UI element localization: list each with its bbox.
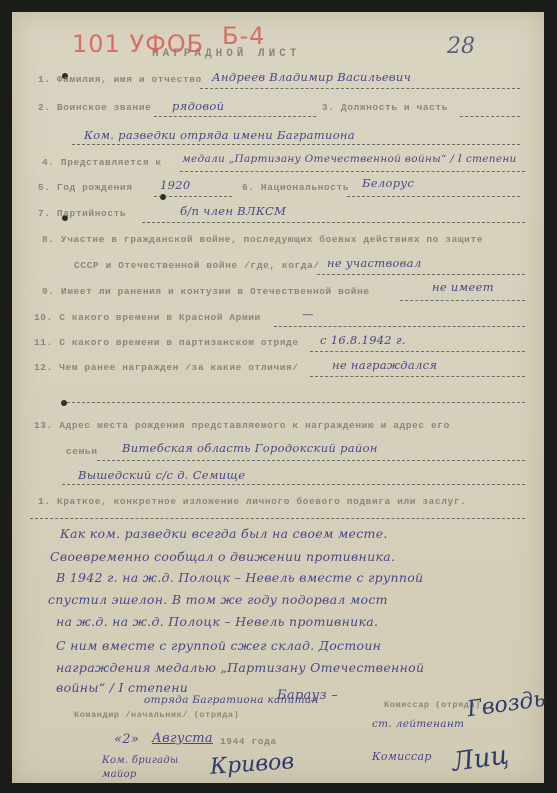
underline	[30, 518, 525, 519]
brigade-commander-role: Ком. бригады майор	[102, 754, 192, 782]
field-13-value-line1: Витебская область Городокский район	[122, 441, 378, 455]
field-9-label: 9. Имеет ли ранения и контузии в Отечест…	[42, 286, 370, 297]
field-7-label: 7. Партийность	[38, 208, 126, 219]
field-10-label: 10. С какого времени в Красной Армии	[34, 312, 261, 323]
field-2-label: 2. Воинское звание	[38, 102, 151, 113]
underline	[460, 116, 520, 117]
field-8-label-cont: СССР и Отечественной войне /где, когда/	[74, 260, 320, 271]
underline	[62, 402, 525, 403]
narrative-line: войны“ / I степени	[56, 680, 188, 695]
field-11-value: с 16.8.1942 г.	[320, 333, 406, 347]
field-10-value: —	[302, 307, 314, 321]
punch-hole	[160, 194, 166, 200]
red-mark: Б-4	[222, 22, 265, 50]
date-month: Августа	[152, 731, 213, 746]
commander-role-typed: Командир /начальник/ (отряда)	[74, 710, 239, 720]
field-4-value: медали „Партизану Отечественной войны“ /…	[182, 153, 517, 165]
underline	[72, 144, 520, 145]
narrative-line: на ж.д. на ж.д. Полоцк – Невель противни…	[56, 614, 378, 629]
field-8-value: не участвовал	[327, 256, 421, 270]
narrative-line: Как ком. разведки всегда был на своем ме…	[60, 526, 388, 541]
merit-section-heading: 1. Краткое, конкретное изложение личного…	[38, 496, 466, 507]
field-12-label: 12. Чем ранее награжден /за какие отличи…	[34, 362, 299, 373]
brigade-commissar-label: Комиссар	[372, 750, 432, 763]
brigade-commissar-signature: Лиц	[450, 740, 510, 778]
underline	[154, 116, 316, 117]
field-2-value: рядовой	[172, 99, 224, 113]
underline	[200, 88, 520, 89]
narrative-line: Своевременно сообщал о движении противни…	[50, 549, 395, 564]
field-11-label: 11. С какого времени в партизанском отря…	[34, 337, 299, 348]
underline	[154, 196, 232, 197]
underline	[97, 460, 525, 461]
field-3-value: Ком. разведки отряда имени Багратиона	[84, 128, 355, 142]
field-12-value: не награждался	[332, 358, 437, 372]
field-13-value-line2: Вышедский с/с д. Семище	[78, 468, 245, 482]
punch-hole	[61, 400, 67, 406]
field-1-value: Андреев Владимир Васильевич	[212, 70, 411, 84]
brigade-commander-signature: Кривов	[209, 749, 295, 780]
field-4-label: 4. Представляется к	[42, 157, 162, 168]
commissar-signature: Гвоздь	[466, 687, 547, 723]
commander-name-handwritten: Барауз –	[277, 688, 338, 703]
field-13-label-cont: семьи	[66, 446, 98, 457]
award-sheet-paper: НАГРАДНОЙ ЛИСТ 101 УФОБ Б-4 28 1. Фамили…	[12, 12, 544, 783]
underline	[317, 274, 525, 275]
underline	[142, 222, 525, 223]
date-day: «2»	[114, 732, 139, 747]
field-5-label: 5. Год рождения	[38, 182, 133, 193]
field-7-value: б/п член ВЛКСМ	[180, 204, 286, 218]
red-stamp-text: 101 УФОБ	[72, 30, 204, 58]
sheet-number: 28	[447, 34, 475, 59]
field-5-value: 1920	[160, 178, 190, 192]
narrative-line: С ним вместе с группой сжег склад. Досто…	[56, 638, 381, 653]
narrative-line: награждения медалью „Партизану Отечестве…	[56, 660, 424, 675]
field-1-label: 1. Фамилия, имя и отчество	[38, 74, 202, 85]
field-3-label: 3. Должность и часть	[322, 102, 448, 113]
narrative-line: В 1942 г. на ж.д. Полоцк – Невель вместе…	[56, 570, 423, 585]
underline	[310, 376, 525, 377]
underline	[400, 300, 525, 301]
date-year: 1944 года	[220, 736, 277, 747]
underline	[347, 196, 520, 197]
underline	[274, 326, 525, 327]
narrative-line: спустил эшелон. В том же году подорвал м…	[48, 592, 388, 607]
field-6-label: 6. Национальность	[242, 182, 349, 193]
field-6-value: Белорус	[362, 176, 414, 190]
field-8-label: 8. Участие в гражданской войне, последую…	[42, 234, 483, 245]
commissar-role-handwritten: ст. лейтенант	[372, 718, 464, 730]
underline	[180, 171, 525, 172]
underline	[62, 484, 525, 485]
field-9-value: не имеет	[432, 280, 494, 294]
field-13-label: 13. Адрес места рождения представляемого…	[34, 420, 450, 431]
underline	[310, 351, 525, 352]
